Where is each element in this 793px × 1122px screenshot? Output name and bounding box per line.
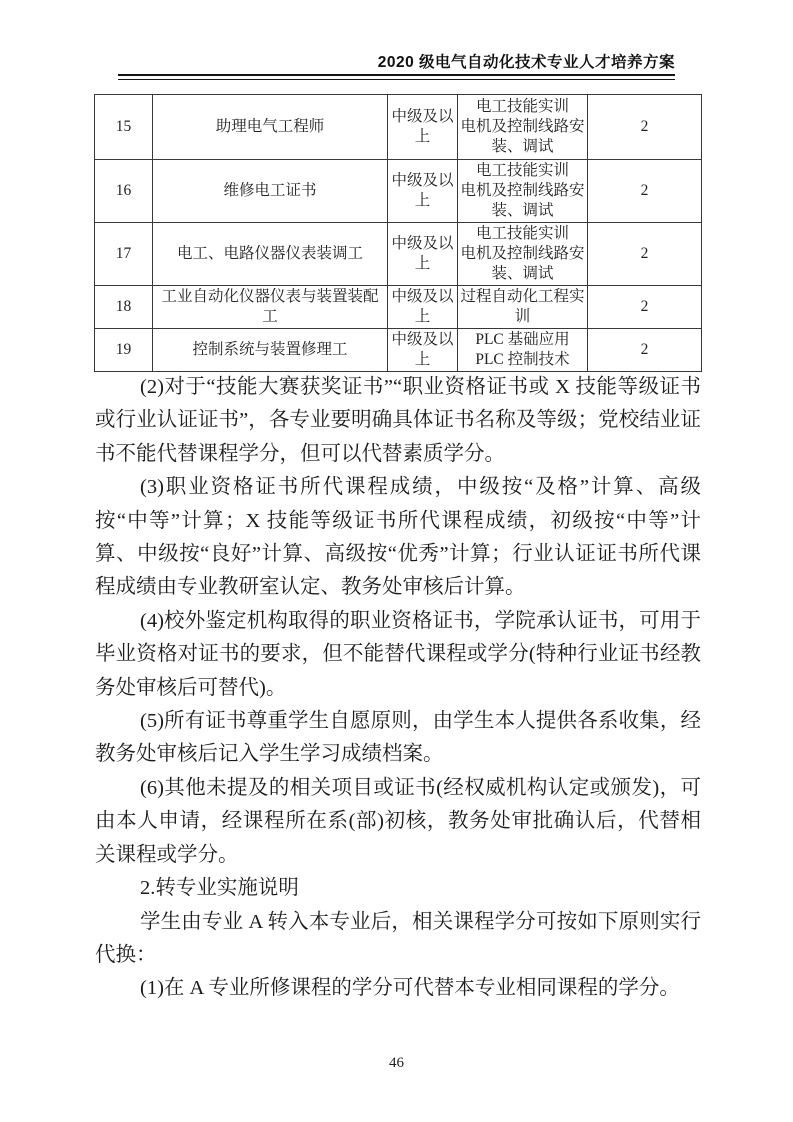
cert-name-cell: 控制系统与装置修理工 <box>153 329 388 372</box>
paragraph: (6)其他未提及的相关项目或证书(经权威机构认定或颁发)，可由本人申请，经课程所… <box>95 772 701 872</box>
paragraph: (3)职业资格证书所代课程成绩，中级按“及格”计算、高级按“中等”计算；X 技能… <box>95 471 701 605</box>
header-title: 2020 级电气自动化技术专业人才培养方案 <box>378 50 675 72</box>
table-row: 19 控制系统与装置修理工 中级及以上 PLC 基础应用 PLC 控制技术 2 <box>95 329 702 372</box>
cert-credits-cell: 2 <box>588 329 702 372</box>
cert-name-cell: 维修电工证书 <box>153 160 388 223</box>
document-page: 2020 级电气自动化技术专业人才培养方案 15 助理电气工程师 中级及以上 电… <box>0 0 793 1122</box>
header-double-rule <box>118 74 675 80</box>
cert-courses-cell: 电工技能实训 电机及控制线路安装、调试 <box>458 95 588 160</box>
cert-level-cell: 中级及以上 <box>388 286 458 329</box>
cert-no-cell: 17 <box>95 223 153 286</box>
page-number: 46 <box>0 1055 793 1072</box>
cert-credits-cell: 2 <box>588 223 702 286</box>
cert-courses-cell: 电工技能实训 电机及控制线路安装、调试 <box>458 160 588 223</box>
cert-no-cell: 16 <box>95 160 153 223</box>
paragraph: (4)校外鉴定机构取得的职业资格证书，学院承认证书，可用于毕业资格对证书的要求，… <box>95 605 701 705</box>
cert-credits-cell: 2 <box>588 286 702 329</box>
cert-name-cell: 助理电气工程师 <box>153 95 388 160</box>
cert-credits-cell: 2 <box>588 95 702 160</box>
cert-level-cell: 中级及以上 <box>388 329 458 372</box>
cert-level-cell: 中级及以上 <box>388 160 458 223</box>
cert-courses-cell: PLC 基础应用 PLC 控制技术 <box>458 329 588 372</box>
cert-courses-cell: 过程自动化工程实训 <box>458 286 588 329</box>
table-row: 18 工业自动化仪器仪表与装置装配工 中级及以上 过程自动化工程实训 2 <box>95 286 702 329</box>
cert-no-cell: 18 <box>95 286 153 329</box>
cert-level-cell: 中级及以上 <box>388 223 458 286</box>
table-row: 17 电工、电路仪器仪表装调工 中级及以上 电工技能实训 电机及控制线路安装、调… <box>95 223 702 286</box>
paragraph: (2)对于“技能大赛获奖证书”“职业资格证书或 X 技能等级证书或行业认证证书”… <box>95 371 701 471</box>
certificate-table: 15 助理电气工程师 中级及以上 电工技能实训 电机及控制线路安装、调试 2 1… <box>94 94 702 372</box>
section-heading: 2.转专业实施说明 <box>95 872 701 905</box>
body-text: (2)对于“技能大赛获奖证书”“职业资格证书或 X 技能等级证书或行业认证证书”… <box>95 371 701 1006</box>
cert-name-cell: 工业自动化仪器仪表与装置装配工 <box>153 286 388 329</box>
table-row: 15 助理电气工程师 中级及以上 电工技能实训 电机及控制线路安装、调试 2 <box>95 95 702 160</box>
paragraph: (5)所有证书尊重学生自愿原则，由学生本人提供各系收集，经教务处审核后记入学生学… <box>95 705 701 772</box>
table-row: 16 维修电工证书 中级及以上 电工技能实训 电机及控制线路安装、调试 2 <box>95 160 702 223</box>
cert-no-cell: 19 <box>95 329 153 372</box>
paragraph: (1)在 A 专业所修课程的学分可代替本专业相同课程的学分。 <box>95 972 701 1005</box>
cert-no-cell: 15 <box>95 95 153 160</box>
cert-name-cell: 电工、电路仪器仪表装调工 <box>153 223 388 286</box>
cert-level-cell: 中级及以上 <box>388 95 458 160</box>
paragraph: 学生由专业 A 转入本专业后，相关课程学分可按如下原则实行代换： <box>95 906 701 973</box>
cert-courses-cell: 电工技能实训 电机及控制线路安装、调试 <box>458 223 588 286</box>
cert-credits-cell: 2 <box>588 160 702 223</box>
